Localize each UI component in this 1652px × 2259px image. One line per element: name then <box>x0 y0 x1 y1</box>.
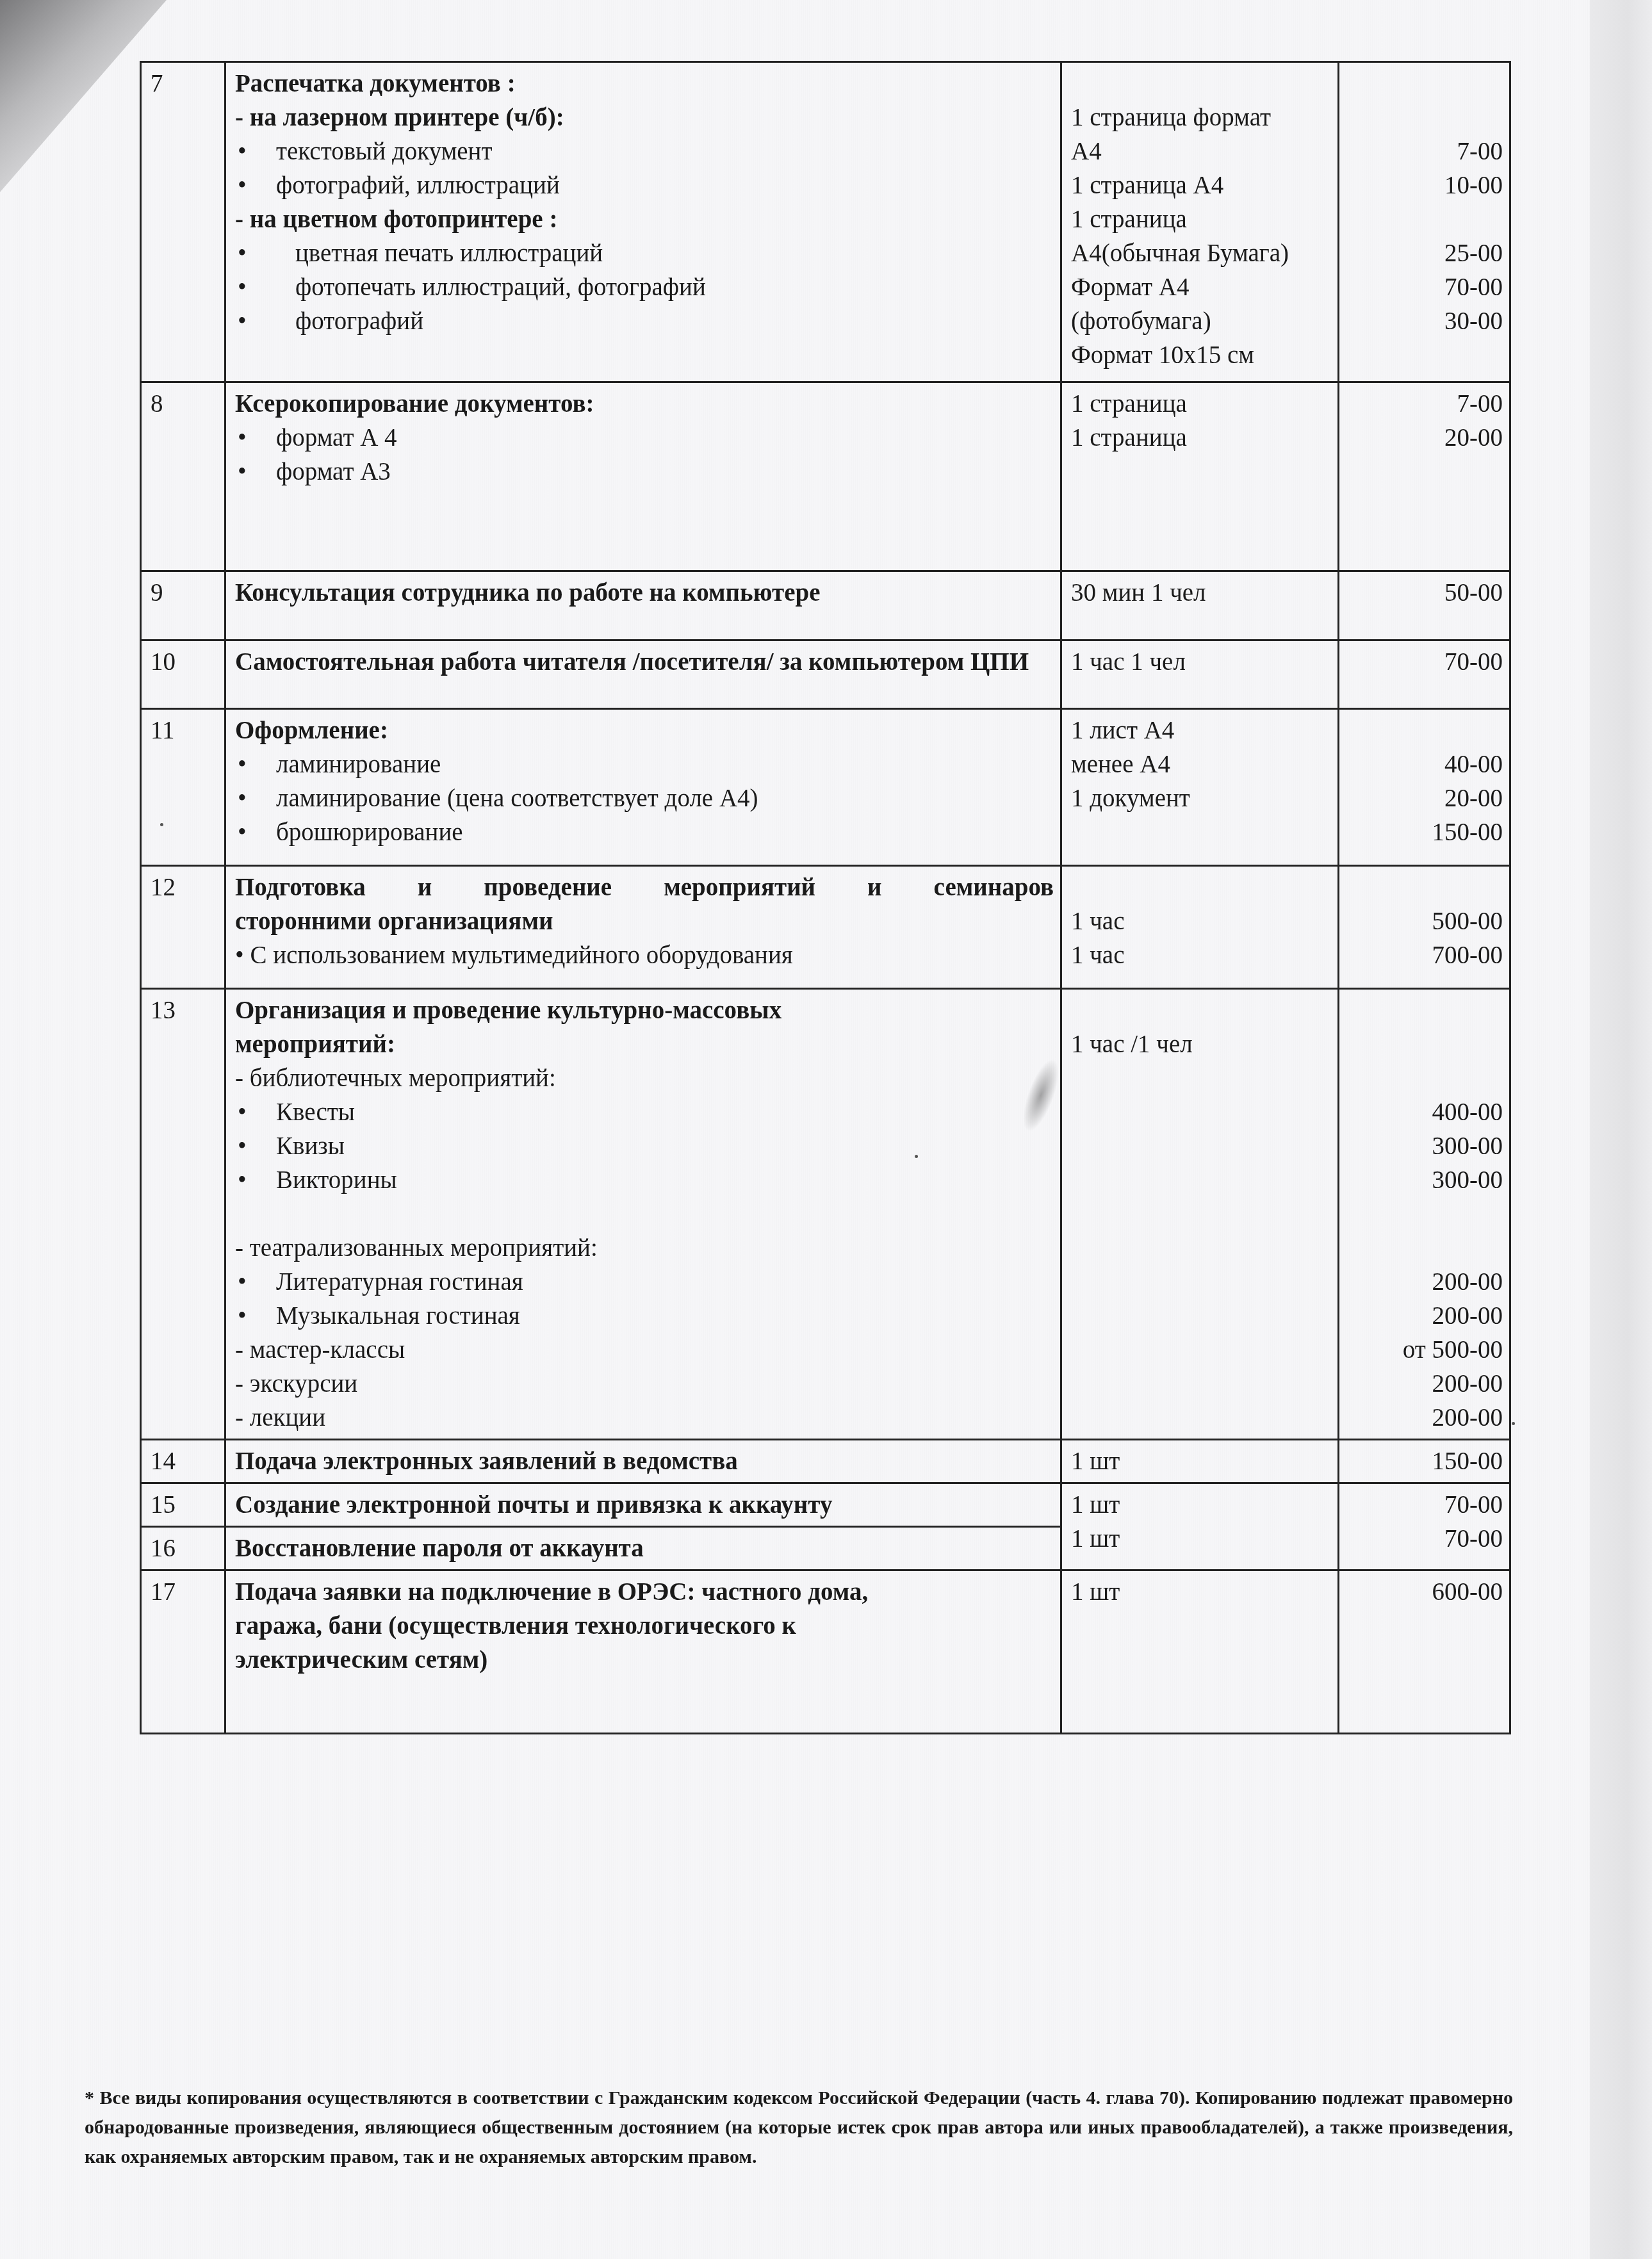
service-name-cell: Ксерокопирование документов:формат А 4фо… <box>225 382 1061 571</box>
price-line: 70-00 <box>1348 270 1503 304</box>
price-cell: 400-00300-00300-00 200-00200-00от 500-00… <box>1339 989 1510 1440</box>
price-list-table: 7Распечатка документов :- на лазерном пр… <box>140 61 1511 1734</box>
price-list-body: 7Распечатка документов :- на лазерном пр… <box>141 62 1510 1734</box>
price-line <box>1348 202 1503 236</box>
row-number: 11 <box>141 709 225 866</box>
price-cell: 50-00 <box>1339 571 1510 640</box>
service-item: ламинирование (цена соответствует доле А… <box>235 781 1054 815</box>
row-number: 12 <box>141 866 225 989</box>
unit-cell: 1 страница1 страница <box>1061 382 1339 571</box>
unit-line: 1 шт <box>1071 1522 1331 1556</box>
unit-line: Формат А4 <box>1071 270 1331 304</box>
service-item: цветная печать иллюстраций <box>235 236 1054 270</box>
service-subitem: • С использованием мультимедийного обору… <box>235 938 1054 972</box>
unit-cell: 1 шт1 шт <box>1061 1483 1339 1570</box>
price-line: 25-00 <box>1348 236 1503 270</box>
price-cell: 40-0020-00150-00 <box>1339 709 1510 866</box>
price-line: 70-00 <box>1348 1522 1503 1556</box>
service-item: фотографий <box>235 304 1054 338</box>
unit-cell: 1 час1 час <box>1061 866 1339 989</box>
service-name-cell: Создание электронной почты и привязка к … <box>225 1483 1061 1527</box>
service-item: Музыкальная гостиная <box>235 1299 1054 1333</box>
service-name-cell: Оформление:ламинированиеламинирование (ц… <box>225 709 1061 866</box>
table-row: 13Организация и проведение культурно-мас… <box>141 989 1510 1440</box>
service-item: Квесты <box>235 1095 1054 1129</box>
price-line <box>1348 1027 1503 1061</box>
table-row: 8Ксерокопирование документов:формат А 4ф… <box>141 382 1510 571</box>
row-number: 9 <box>141 571 225 640</box>
price-cell: 70-0070-00 <box>1339 1483 1510 1570</box>
copyright-footnote: * Все виды копирования осуществляются в … <box>85 2084 1513 2172</box>
unit-cell: 30 мин 1 чел <box>1061 571 1339 640</box>
unit-line: 1 страница формат <box>1071 101 1331 135</box>
unit-line <box>1071 870 1331 904</box>
table-row: 17Подача заявки на подключение в ОРЭС: ч… <box>141 1570 1510 1734</box>
service-title: Распечатка документов : <box>235 67 1054 101</box>
price-line: 70-00 <box>1348 645 1503 679</box>
price-line: 200-00 <box>1348 1299 1503 1333</box>
unit-line: 1 страница А4 <box>1071 168 1331 202</box>
service-title: Самостоятельная работа читателя /посетит… <box>235 645 1054 679</box>
service-title: Консультация сотрудника по работе на ком… <box>235 576 1054 610</box>
service-subitem: - библиотечных мероприятий: <box>235 1061 1054 1095</box>
price-cell: 500-00700-00 <box>1339 866 1510 989</box>
price-line <box>1348 67 1503 101</box>
row-number: 17 <box>141 1570 225 1734</box>
unit-line: 1 шт <box>1071 1488 1331 1522</box>
price-line <box>1348 101 1503 135</box>
row-number: 16 <box>141 1527 225 1570</box>
unit-line: 30 мин 1 чел <box>1071 576 1331 610</box>
unit-line: менее А4 <box>1071 747 1331 781</box>
unit-line: 1 час <box>1071 904 1331 938</box>
unit-cell: 1 страница форматА41 страница А41 страни… <box>1061 62 1339 382</box>
table-row: 15Создание электронной почты и привязка … <box>141 1483 1510 1527</box>
unit-line: (фотобумага) <box>1071 304 1331 338</box>
price-line: 300-00 <box>1348 1163 1503 1197</box>
price-line: 30-00 <box>1348 304 1503 338</box>
unit-cell: 1 шт <box>1061 1440 1339 1483</box>
spacer <box>235 1197 1054 1231</box>
price-line: 20-00 <box>1348 781 1503 815</box>
price-line: 7-00 <box>1348 135 1503 168</box>
unit-line: 1 шт <box>1071 1575 1331 1609</box>
row-number: 13 <box>141 989 225 1440</box>
row-number: 15 <box>141 1483 225 1527</box>
service-subheading: мероприятий: <box>235 1027 1054 1061</box>
service-name-cell: Подача электронных заявлений в ведомства <box>225 1440 1061 1483</box>
price-line: 150-00 <box>1348 815 1503 849</box>
service-subheading: - на лазерном принтере (ч/б): <box>235 101 1054 135</box>
unit-line: 1 шт <box>1071 1444 1331 1478</box>
row-number: 8 <box>141 382 225 571</box>
table-row: 14Подача электронных заявлений в ведомст… <box>141 1440 1510 1483</box>
price-line <box>1348 993 1503 1027</box>
service-name-cell: Распечатка документов :- на лазерном при… <box>225 62 1061 382</box>
table-row: 9Консультация сотрудника по работе на ко… <box>141 571 1510 640</box>
unit-line <box>1071 993 1331 1027</box>
service-item: Квизы <box>235 1129 1054 1163</box>
service-item: ламинирование <box>235 747 1054 781</box>
service-subitem: - театрализованных мероприятий: <box>235 1231 1054 1265</box>
service-subitem: - лекции <box>235 1401 1054 1435</box>
service-subheading: сторонними организациями <box>235 904 1054 938</box>
service-title: Подача электронных заявлений в ведомства <box>235 1444 1054 1478</box>
price-line: 7-00 <box>1348 387 1503 421</box>
price-line: 50-00 <box>1348 576 1503 610</box>
service-item: формат А 4 <box>235 421 1054 455</box>
row-number: 14 <box>141 1440 225 1483</box>
service-subheading: электрическим сетям) <box>235 1643 1054 1677</box>
service-item: текстовый документ <box>235 135 1054 168</box>
unit-line: 1 лист А4 <box>1071 714 1331 747</box>
service-title: Подготовка и проведение мероприятий и се… <box>235 870 1054 904</box>
service-name-cell: Самостоятельная работа читателя /посетит… <box>225 640 1061 709</box>
price-line: 200-00 <box>1348 1367 1503 1401</box>
price-cell: 7-0020-00 <box>1339 382 1510 571</box>
service-item: фотопечать иллюстраций, фотографий <box>235 270 1054 304</box>
service-item: фотографий, иллюстраций <box>235 168 1054 202</box>
service-name-cell: Организация и проведение культурно-массо… <box>225 989 1061 1440</box>
price-line: 700-00 <box>1348 938 1503 972</box>
price-line <box>1348 1231 1503 1265</box>
service-title: Оформление: <box>235 714 1054 747</box>
price-line <box>1348 1061 1503 1095</box>
unit-line: А4 <box>1071 135 1331 168</box>
unit-line: 1 час /1 чел <box>1071 1027 1331 1061</box>
service-subheading: Подача заявки на подключение в ОРЭС: час… <box>235 1575 1054 1609</box>
unit-line: 1 страница <box>1071 387 1331 421</box>
price-cell: 70-00 <box>1339 640 1510 709</box>
row-number: 10 <box>141 640 225 709</box>
price-line: 20-00 <box>1348 421 1503 455</box>
service-title: Ксерокопирование документов: <box>235 387 1054 421</box>
price-line: 40-00 <box>1348 747 1503 781</box>
scan-speck <box>1512 1422 1515 1425</box>
service-item: Литературная гостиная <box>235 1265 1054 1299</box>
row-number: 7 <box>141 62 225 382</box>
unit-cell: 1 шт <box>1061 1570 1339 1734</box>
service-name-cell: Подача заявки на подключение в ОРЭС: час… <box>225 1570 1061 1734</box>
price-line: 150-00 <box>1348 1444 1503 1478</box>
price-cell: 600-00 <box>1339 1570 1510 1734</box>
price-line: 300-00 <box>1348 1129 1503 1163</box>
price-line: 500-00 <box>1348 904 1503 938</box>
price-line: 400-00 <box>1348 1095 1503 1129</box>
table-row: 10Самостоятельная работа читателя /посет… <box>141 640 1510 709</box>
service-item: брошюрирование <box>235 815 1054 849</box>
service-subitem: - мастер-классы <box>235 1333 1054 1367</box>
price-line: 200-00 <box>1348 1265 1503 1299</box>
service-title: Создание электронной почты и привязка к … <box>235 1488 1054 1522</box>
unit-cell: 1 час /1 чел <box>1061 989 1339 1440</box>
table-row: 12Подготовка и проведение мероприятий и … <box>141 866 1510 989</box>
unit-cell: 1 лист А4 менее А41 документ <box>1061 709 1339 866</box>
price-line <box>1348 870 1503 904</box>
unit-line: 1 час 1 чел <box>1071 645 1331 679</box>
price-line: 600-00 <box>1348 1575 1503 1609</box>
service-name-cell: Подготовка и проведение мероприятий и се… <box>225 866 1061 989</box>
service-title: Восстановление пароля от аккаунта <box>235 1531 1054 1565</box>
table-row: 7Распечатка документов :- на лазерном пр… <box>141 62 1510 382</box>
scanner-edge <box>1591 0 1652 2259</box>
unit-line: А4(обычная Бумага) <box>1071 236 1331 270</box>
service-subheading: Организация и проведение культурно-массо… <box>235 993 1054 1027</box>
price-line: 200-00 <box>1348 1401 1503 1435</box>
price-line: 70-00 <box>1348 1488 1503 1522</box>
unit-line: 1 страница <box>1071 421 1331 455</box>
service-subitem: - экскурсии <box>235 1367 1054 1401</box>
price-line <box>1348 1197 1503 1231</box>
price-cell: 7-0010-00 25-0070-0030-00 <box>1339 62 1510 382</box>
table-row: 11Оформление:ламинированиеламинирование … <box>141 709 1510 866</box>
unit-line: 1 документ <box>1071 781 1331 815</box>
service-item: формат А3 <box>235 455 1054 489</box>
unit-line <box>1071 67 1331 101</box>
price-line: 10-00 <box>1348 168 1503 202</box>
price-line: от 500-00 <box>1348 1333 1503 1367</box>
service-subheading: гаража, бани (осуществления технологичес… <box>235 1609 1054 1643</box>
service-name-cell: Консультация сотрудника по работе на ком… <box>225 571 1061 640</box>
unit-line: 1 страница <box>1071 202 1331 236</box>
service-name-cell: Восстановление пароля от аккаунта <box>225 1527 1061 1570</box>
unit-line: Формат 10х15 см <box>1071 338 1331 372</box>
unit-cell: 1 час 1 чел <box>1061 640 1339 709</box>
service-item: Викторины <box>235 1163 1054 1197</box>
service-subheading: - на цветном фотопринтере : <box>235 202 1054 236</box>
price-cell: 150-00 <box>1339 1440 1510 1483</box>
unit-line: 1 час <box>1071 938 1331 972</box>
price-line <box>1348 714 1503 747</box>
